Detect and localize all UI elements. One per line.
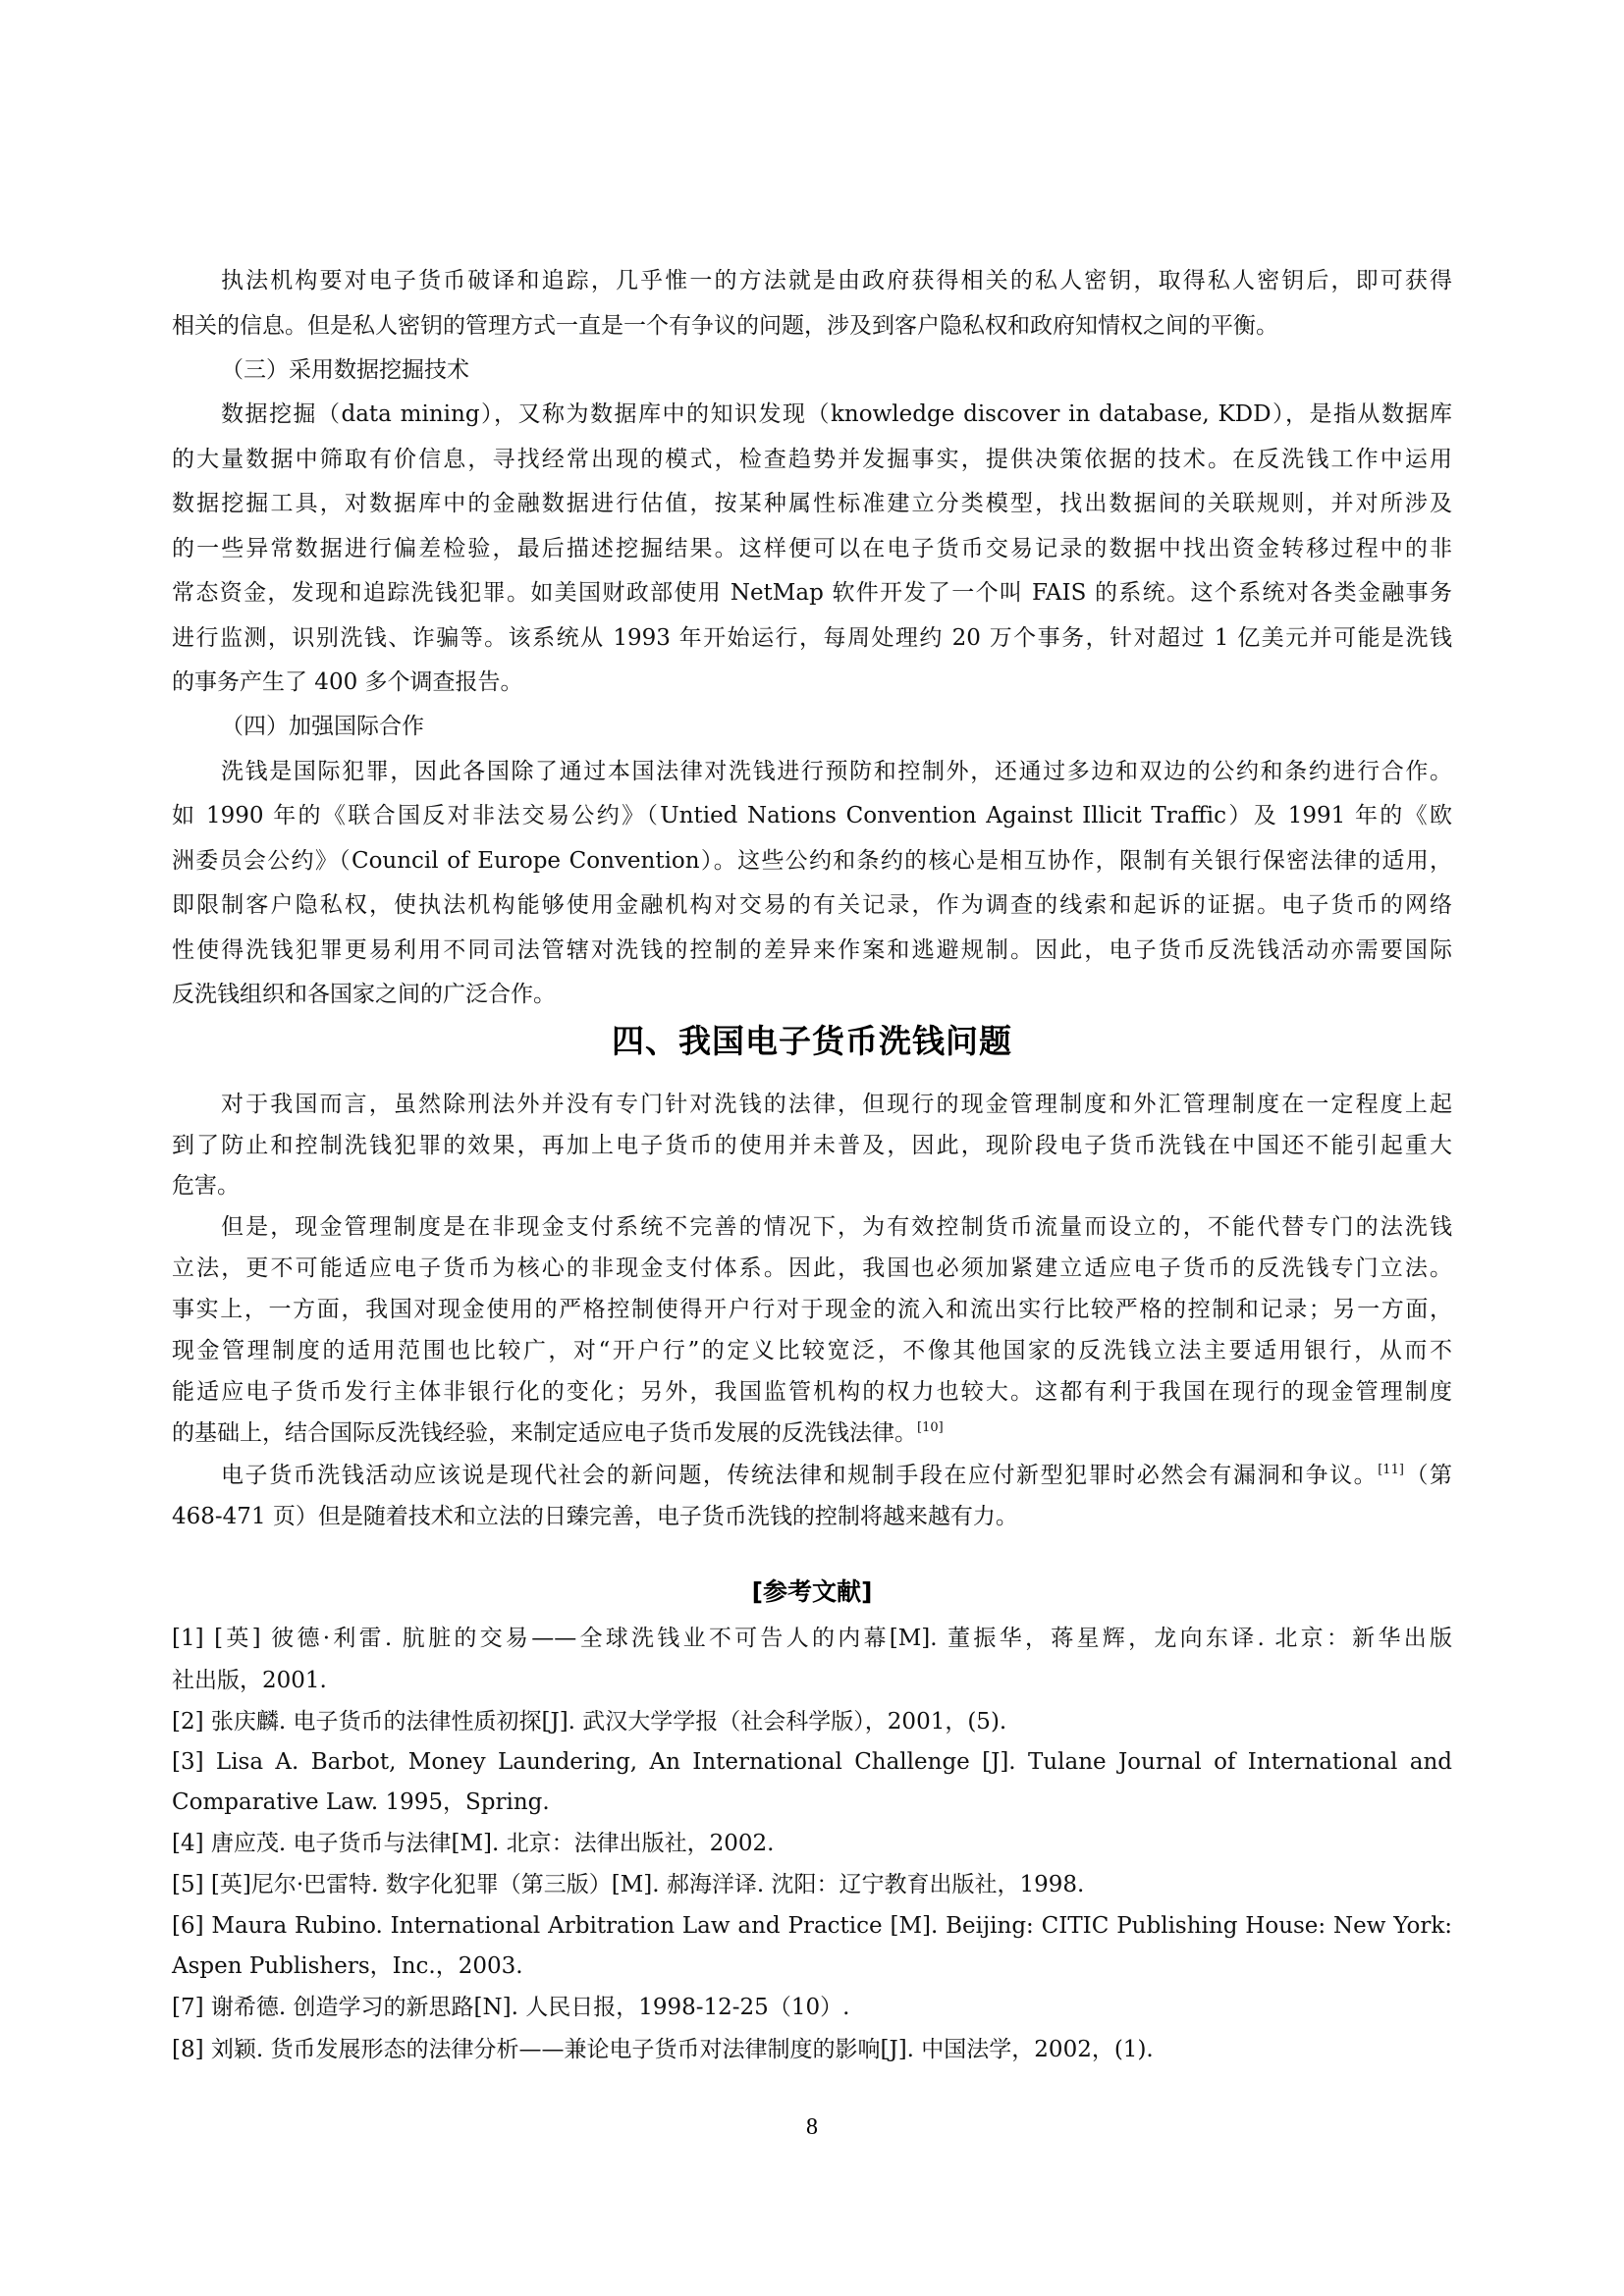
body-line: 的基础上，结合国际反洗钱经验，来制定适应电子货币发展的反洗钱法律。[10]	[172, 1418, 1452, 1448]
reference-line: [1] [英] 彼德·利雷. 肮脏的交易——全球洗钱业不可告人的内幕[M]. 董…	[172, 1624, 1452, 1653]
body-line: 的事务产生了 400 多个调查报告。	[172, 667, 1452, 697]
body-line: 相关的信息。但是私人密钥的管理方式一直是一个有争议的问题，涉及到客户隐私权和政府…	[172, 311, 1452, 341]
body-line-text: 的基础上，结合国际反洗钱经验，来制定适应电子货币发展的反洗钱法律。	[172, 1420, 917, 1446]
body-line: 事实上，一方面，我国对现金使用的严格控制使得开户行对于现金的流入和流出实行比较严…	[172, 1295, 1452, 1324]
reference-line: [2] 张庆麟. 电子货币的法律性质初探[J]. 武汉大学学报（社会科学版），2…	[172, 1707, 1452, 1736]
body-line: 危害。	[172, 1171, 1452, 1201]
body-line: 洗钱是国际犯罪，因此各国除了通过本国法律对洗钱进行预防和控制外，还通过多边和双边…	[221, 757, 1452, 786]
section-heading: 四、我国电子货币洗钱问题	[0, 1022, 1624, 1061]
citation-superscript: [11]	[1378, 1463, 1404, 1477]
body-line: 到了防止和控制洗钱犯罪的效果，再加上电子货币的使用并未普及，因此，现阶段电子货币…	[172, 1131, 1452, 1160]
reference-line: [8] 刘颖. 货币发展形态的法律分析——兼论电子货币对法律制度的影响[J]. …	[172, 2035, 1452, 2064]
body-line-text: （第	[1404, 1463, 1452, 1488]
body-line: 对于我国而言，虽然除刑法外并没有专门针对洗钱的法律，但现行的现金管理制度和外汇管…	[221, 1090, 1452, 1119]
body-line: 性使得洗钱犯罪更易利用不同司法管辖对洗钱的控制的差异来作案和逃避规制。因此，电子…	[172, 935, 1452, 965]
subsection-title: （三）采用数据挖掘技术	[221, 355, 469, 385]
body-line: 如 1990 年的《联合国反对非法交易公约》（Untied Nations Co…	[172, 801, 1452, 830]
body-line: 洲委员会公约》（Council of Europe Convention）。这些…	[172, 846, 1452, 876]
body-line-text: 电子货币洗钱活动应该说是现代社会的新问题，传统法律和规制手段在应付新型犯罪时必然…	[221, 1463, 1378, 1488]
body-line: 现金管理制度的适用范围也比较广，对“开户行”的定义比较宽泛，不像其他国家的反洗钱…	[172, 1336, 1452, 1365]
body-line: 电子货币洗钱活动应该说是现代社会的新问题，传统法律和规制手段在应付新型犯罪时必然…	[221, 1461, 1452, 1490]
body-line: 立法，更不可能适应电子货币为核心的非现金支付体系。因此，我国也必须加紧建立适应电…	[172, 1254, 1452, 1283]
body-line: 能适应电子货币发行主体非银行化的变化；另外，我国监管机构的权力也较大。这都有利于…	[172, 1377, 1452, 1407]
reference-line: [4] 唐应茂. 电子货币与法律[M]. 北京：法律出版社，2002.	[172, 1829, 1452, 1858]
body-line: 但是，现金管理制度是在非现金支付系统不完善的情况下，为有效控制货币流量而设立的，…	[221, 1212, 1452, 1242]
body-line: 的一些异常数据进行偏差检验，最后描述挖掘结果。这样便可以在电子货币交易记录的数据…	[172, 534, 1452, 563]
reference-line: 社出版，2001.	[172, 1666, 1452, 1695]
page-number: 8	[0, 2113, 1624, 2141]
body-line: 的大量数据中筛取有价信息，寻找经常出现的模式，检查趋势并发掘事实，提供决策依据的…	[172, 445, 1452, 474]
body-line: 反洗钱组织和各国家之间的广泛合作。	[172, 980, 1452, 1009]
subsection-title: （四）加强国际合作	[221, 712, 424, 741]
references-heading: [参考文献]	[0, 1576, 1624, 1608]
reference-line: Aspen Publishers，Inc.，2003.	[172, 1951, 1452, 1981]
reference-line: [3] Lisa A. Barbot, Money Laundering, An…	[172, 1747, 1452, 1777]
reference-line: Comparative Law. 1995，Spring.	[172, 1788, 1452, 1817]
body-line: 进行监测，识别洗钱、诈骗等。该系统从 1993 年开始运行，每周处理约 20 万…	[172, 623, 1452, 653]
document-page: 执法机构要对电子货币破译和追踪，几乎惟一的方法就是由政府获得相关的私人密钥，取得…	[0, 0, 1624, 2296]
body-line: 468-471 页）但是随着技术和立法的日臻完善，电子货币洗钱的控制将越来越有力…	[172, 1502, 1452, 1531]
reference-line: [7] 谢希德. 创造学习的新思路[N]. 人民日报，1998-12-25（10…	[172, 1993, 1452, 2022]
reference-line: [5] [英]尼尔·巴雷特. 数字化犯罪（第三版）[M]. 郝海洋译. 沈阳：辽…	[172, 1870, 1452, 1899]
citation-superscript: [10]	[917, 1420, 944, 1435]
body-line: 常态资金，发现和追踪洗钱犯罪。如美国财政部使用 NetMap 软件开发了一个叫 …	[172, 578, 1452, 608]
body-line: 执法机构要对电子货币破译和追踪，几乎惟一的方法就是由政府获得相关的私人密钥，取得…	[221, 266, 1452, 295]
body-line: 即限制客户隐私权，使执法机构能够使用金融机构对交易的有关记录，作为调查的线索和起…	[172, 890, 1452, 920]
reference-line: [6] Maura Rubino. International Arbitrat…	[172, 1911, 1452, 1941]
body-line: 数据挖掘工具，对数据库中的金融数据进行估值，按某种属性标准建立分类模型，找出数据…	[172, 489, 1452, 518]
body-line: 数据挖掘（data mining），又称为数据库中的知识发现（knowledge…	[221, 400, 1452, 429]
